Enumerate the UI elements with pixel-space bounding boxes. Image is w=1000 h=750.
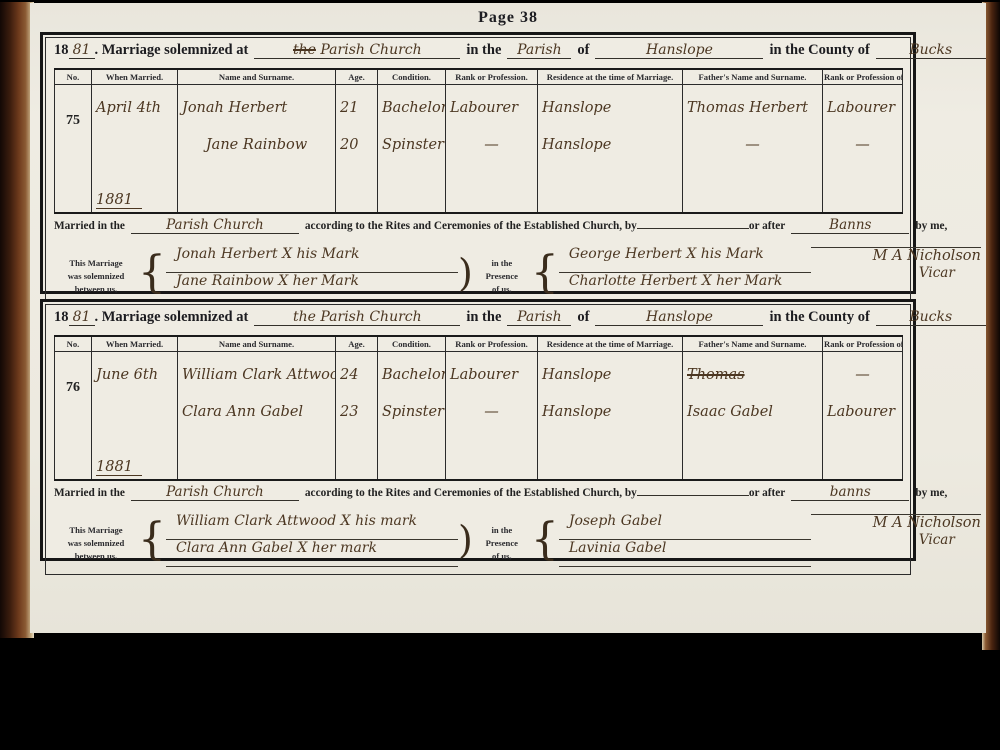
entry-number: 76 (55, 352, 92, 481)
column-header-row: No. When Married. Name and Surname. Age.… (55, 69, 903, 85)
handwritten-place: the Parish Church (254, 42, 460, 59)
entry-number: 75 (55, 85, 92, 214)
entry-76-married-in-line: Married in the Parish Church according t… (54, 484, 902, 510)
officiant-signature: M A Nicholson (811, 514, 981, 531)
printed-married-in: Married in the (54, 220, 125, 232)
printed-in-the: in the (466, 309, 501, 326)
marriage-entry-76: 1881. Marriage solemnized at the Parish … (40, 299, 916, 561)
printed-or-after: or after (749, 220, 785, 232)
groom-rank: Labourer (450, 88, 533, 128)
handwritten-county: Bucks (876, 309, 986, 326)
col-name-surname: Name and Surname. (178, 69, 336, 85)
bride-name: Clara Ann Gabel (182, 395, 331, 429)
groom-father-rank: Labourer (827, 88, 898, 128)
col-no: No. (55, 69, 92, 85)
printed-of: of (577, 42, 589, 59)
struck-word: the (293, 42, 316, 58)
groom-condition: Bachelor (382, 355, 441, 395)
witnesses: Joseph Gabel Lavinia Gabel (559, 512, 811, 568)
col-father-rank: Rank or Profession of Father. (823, 336, 903, 352)
handwritten-parish-name: Hanslope (595, 309, 763, 326)
groom-signature: William Clark Attwood X his mark (166, 513, 458, 540)
witness-brace: { (531, 512, 559, 568)
bride-age: 23 (340, 395, 373, 429)
entry-76-signature-block: This Marriage was solemnized between us,… (54, 512, 902, 568)
bride-residence: Hanslope (542, 128, 678, 162)
handwritten-parish-name: Hanslope (595, 42, 763, 59)
marriage-year: 1881 (96, 192, 142, 209)
printed-solemnized-at: . Marriage solemnized at (95, 42, 249, 59)
groom-name: William Clark Attwood (182, 355, 331, 395)
col-father-name: Father's Name and Surname. (683, 69, 823, 85)
marriage-date: April 4th (96, 88, 173, 128)
entry-75-data-row: 75 April 4th 1881 Jonah Herbert Jane Rai… (55, 85, 903, 214)
printed-in-county: in the County of (769, 42, 869, 59)
col-condition: Condition. (378, 336, 446, 352)
printed-or-after: or after (749, 487, 785, 499)
groom-father-rank: — (827, 355, 898, 395)
printed-solemnized-at: . Marriage solemnized at (95, 309, 249, 326)
groom-age: 24 (340, 355, 373, 395)
bride-condition: Spinster (382, 128, 441, 162)
groom-condition: Bachelor (382, 88, 441, 128)
bride-signature: Jane Rainbow X her Mark (166, 273, 458, 300)
bride-rank: — (450, 395, 533, 429)
witness-2-signature: Charlotte Herbert X her Mark (559, 273, 811, 300)
handwritten-banns: Banns (791, 217, 909, 234)
bride-condition: Spinster (382, 395, 441, 429)
entry-76-header: 1881. Marriage solemnized at the Parish … (54, 309, 902, 335)
groom-signature: Jonah Herbert X his Mark (166, 246, 458, 273)
printed-of: of (577, 309, 589, 326)
this-marriage-label: This Marriage was solemnized between us, (54, 245, 138, 301)
right-paren: ) (458, 245, 473, 301)
signatures: Jonah Herbert X his Mark Jane Rainbow X … (166, 245, 458, 301)
col-father-name: Father's Name and Surname. (683, 336, 823, 352)
groom-residence: Hanslope (542, 355, 678, 395)
marriage-entry-75: 1881. Marriage solemnized at the Parish … (40, 32, 916, 294)
witness-1-signature: Joseph Gabel (559, 513, 811, 540)
signatures: William Clark Attwood X his mark Clara A… (166, 512, 458, 568)
this-marriage-label: This Marriage was solemnized between us, (54, 512, 138, 568)
entry-75-married-in-line: Married in the Parish Church according t… (54, 217, 902, 243)
left-brace: { (138, 245, 166, 301)
bride-father: — (687, 128, 818, 162)
bride-father: Isaac Gabel (687, 395, 818, 429)
officiant-signature-block: M A Nicholson Vicar (811, 512, 987, 568)
witness-2-signature: Lavinia Gabel (559, 540, 811, 567)
officiant-title: Vicar (811, 265, 981, 281)
col-age: Age. (336, 69, 378, 85)
bride-father-rank: Labourer (827, 395, 898, 429)
bride-age: 20 (340, 128, 373, 162)
bride-father-rank: — (827, 128, 898, 162)
handwritten-church: Parish Church (131, 217, 299, 234)
handwritten-church: Parish Church (131, 484, 299, 501)
col-condition: Condition. (378, 69, 446, 85)
presence-label: in the Presence of us, (473, 245, 531, 301)
printed-by-me: by me, (915, 487, 947, 499)
blank-by (637, 228, 749, 229)
page-number-heading: Page 38 (30, 9, 986, 27)
printed-in-county: in the County of (769, 309, 869, 326)
witness-1-signature: George Herbert X his Mark (559, 246, 811, 273)
groom-residence: Hanslope (542, 88, 678, 128)
handwritten-parish-word: Parish (507, 309, 571, 326)
printed-rites: according to the Rites and Ceremonies of… (305, 220, 637, 232)
officiant-signature: M A Nicholson (811, 247, 981, 264)
marriage-date: June 6th (96, 355, 173, 395)
groom-name: Jonah Herbert (182, 88, 331, 128)
groom-father: Thomas Herbert (687, 88, 818, 128)
printed-in-the: in the (466, 42, 501, 59)
handwritten-county: Bucks (876, 42, 986, 59)
bride-rank: — (450, 128, 533, 162)
marriage-year: 1881 (96, 459, 142, 476)
presence-label: in the Presence of us, (473, 512, 531, 568)
groom-age: 21 (340, 88, 373, 128)
right-paren: ) (458, 512, 473, 568)
officiant-title: Vicar (811, 532, 981, 548)
column-header-row: No. When Married. Name and Surname. Age.… (55, 336, 903, 352)
entry-75-table: No. When Married. Name and Surname. Age.… (54, 68, 903, 214)
witness-brace: { (531, 245, 559, 301)
register-photo: Page 38 1881. Marriage solemnized at the… (0, 0, 1000, 750)
groom-father: Thomas (687, 355, 818, 395)
handwritten-year: 81 (69, 42, 95, 59)
handwritten-place: the Parish Church (254, 309, 460, 326)
entry-75-header: 1881. Marriage solemnized at the Parish … (54, 42, 902, 68)
bride-name: Jane Rainbow (182, 128, 331, 162)
officiant-signature-block: M A Nicholson Vicar (811, 245, 987, 301)
entry-75-signature-block: This Marriage was solemnized between us,… (54, 245, 902, 301)
handwritten-parish-word: Parish (507, 42, 571, 59)
handwritten-banns: banns (791, 484, 909, 501)
printed-by-me: by me, (915, 220, 947, 232)
printed-married-in: Married in the (54, 487, 125, 499)
col-age: Age. (336, 336, 378, 352)
witnesses: George Herbert X his Mark Charlotte Herb… (559, 245, 811, 301)
col-residence: Residence at the time of Marriage. (538, 69, 683, 85)
col-rank: Rank or Profession. (446, 336, 538, 352)
bride-signature: Clara Ann Gabel X her mark (166, 540, 458, 567)
printed-rites: according to the Rites and Ceremonies of… (305, 487, 637, 499)
printed-year-prefix: 18 (54, 42, 69, 59)
col-no: No. (55, 336, 92, 352)
col-father-rank: Rank or Profession of Father. (823, 69, 903, 85)
col-when-married: When Married. (92, 336, 178, 352)
book-binding-left (0, 2, 34, 638)
blank-by (637, 495, 749, 496)
handwritten-year: 81 (69, 309, 95, 326)
groom-rank: Labourer (450, 355, 533, 395)
left-brace: { (138, 512, 166, 568)
col-rank: Rank or Profession. (446, 69, 538, 85)
col-when-married: When Married. (92, 69, 178, 85)
entry-76-data-row: 76 June 6th 1881 William Clark Attwood C… (55, 352, 903, 481)
printed-year-prefix: 18 (54, 309, 69, 326)
bride-residence: Hanslope (542, 395, 678, 429)
col-residence: Residence at the time of Marriage. (538, 336, 683, 352)
entry-76-table: No. When Married. Name and Surname. Age.… (54, 335, 903, 481)
col-name-surname: Name and Surname. (178, 336, 336, 352)
